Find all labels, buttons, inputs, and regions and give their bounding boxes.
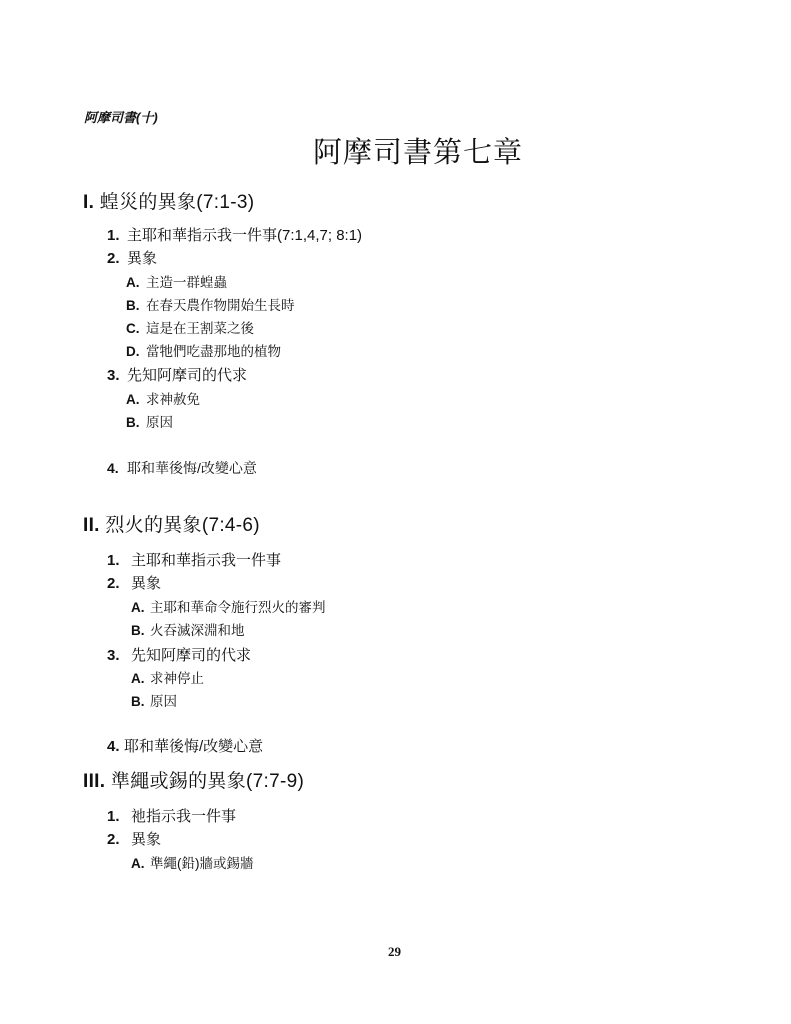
list-item: 4. 耶和華後悔/改變心意 — [107, 461, 257, 475]
item-marker: 1. — [107, 809, 131, 824]
sub-item: A. 求神停止 — [131, 672, 204, 686]
item-marker: 4. — [107, 461, 127, 475]
sub-marker: A. — [131, 672, 150, 686]
sub-item: B. 在春天農作物開始生長時 — [126, 299, 295, 313]
running-header: 阿摩司書(十) — [84, 111, 158, 124]
list-item: 4. 耶和華後悔/改變心意 — [107, 739, 263, 754]
sub-item: A. 求神赦免 — [126, 393, 200, 407]
item-text: 祂指示我一件事 — [131, 809, 236, 824]
sub-marker: B. — [126, 299, 146, 313]
list-item: 2. 異象 — [107, 832, 161, 847]
sub-marker: B. — [131, 624, 150, 638]
item-marker: 2. — [107, 251, 127, 266]
section-number: I. — [83, 192, 94, 213]
list-item: 1. 主耶和華指示我一件事(7:1,4,7; 8:1) — [107, 228, 362, 243]
item-marker: 4. — [107, 739, 124, 754]
sub-item: A. 主造一群蝗蟲 — [126, 276, 227, 290]
sub-text: 主造一群蝗蟲 — [146, 276, 227, 290]
item-text: 耶和華後悔/改變心意 — [127, 461, 257, 475]
sub-text: 原因 — [146, 416, 173, 430]
section-title: 蝗災的異象(7:1-3) — [100, 192, 255, 213]
item-marker: 3. — [107, 648, 131, 663]
item-text: 主耶和華指示我一件事 — [131, 553, 281, 568]
sub-text: 這是在王割菜之後 — [146, 322, 254, 336]
list-item: 1. 祂指示我一件事 — [107, 809, 236, 824]
sub-item: B. 原因 — [126, 416, 173, 430]
list-item: 2. 異象 — [107, 251, 157, 266]
sub-text: 求神赦免 — [146, 393, 200, 407]
item-text: 先知阿摩司的代求 — [131, 648, 251, 663]
sub-text: 在春天農作物開始生長時 — [146, 299, 295, 313]
item-marker: 3. — [107, 368, 127, 383]
section-title: 烈火的異象(7:4-6) — [105, 515, 260, 536]
sub-marker: A. — [131, 601, 150, 615]
list-item: 3. 先知阿摩司的代求 — [107, 648, 251, 663]
item-text: 耶和華後悔/改變心意 — [124, 739, 263, 754]
sub-marker: C. — [126, 322, 146, 336]
list-item: 2. 異象 — [107, 576, 161, 591]
section-heading-2: II. 烈火的異象(7:4-6) — [83, 516, 260, 535]
sub-item: B. 火吞滅深淵和地 — [131, 624, 245, 638]
section-heading-1: I. 蝗災的異象(7:1-3) — [83, 193, 254, 212]
sub-marker: A. — [126, 276, 146, 290]
sub-marker: B. — [126, 416, 146, 430]
list-item: 3. 先知阿摩司的代求 — [107, 368, 247, 383]
sub-item: B. 原因 — [131, 695, 177, 709]
sub-text: 求神停止 — [150, 672, 204, 686]
sub-marker: A. — [126, 393, 146, 407]
item-marker: 2. — [107, 832, 131, 847]
item-marker: 2. — [107, 576, 131, 591]
sub-text: 當牠們吃盡那地的植物 — [146, 345, 281, 359]
section-number: III. — [83, 771, 105, 792]
sub-item: D. 當牠們吃盡那地的植物 — [126, 345, 281, 359]
sub-item: A. 主耶和華命令施行烈火的審判 — [131, 601, 326, 615]
sub-text: 火吞滅深淵和地 — [150, 624, 245, 638]
sub-text: 準繩(鉛)牆或錫牆 — [150, 857, 254, 871]
section-title: 準繩或錫的異象(7:7-9) — [111, 771, 304, 792]
sub-marker: B. — [131, 695, 150, 709]
item-text: 先知阿摩司的代求 — [127, 368, 247, 383]
item-text: 異象 — [127, 251, 157, 266]
item-text: 異象 — [131, 832, 161, 847]
item-marker: 1. — [107, 228, 127, 243]
sub-item: C. 這是在王割菜之後 — [126, 322, 254, 336]
sub-marker: D. — [126, 345, 146, 359]
sub-text: 主耶和華命令施行烈火的審判 — [150, 601, 326, 615]
item-marker: 1. — [107, 553, 131, 568]
item-text: 異象 — [131, 576, 161, 591]
section-number: II. — [83, 515, 100, 536]
list-item: 1. 主耶和華指示我一件事 — [107, 553, 281, 568]
page-number: 29 — [388, 945, 401, 958]
sub-item: A. 準繩(鉛)牆或錫牆 — [131, 857, 254, 871]
sub-marker: A. — [131, 857, 150, 871]
sub-text: 原因 — [150, 695, 177, 709]
page-title: 阿摩司書第七章 — [313, 139, 523, 168]
section-heading-3: III. 準繩或錫的異象(7:7-9) — [83, 772, 304, 791]
item-text: 主耶和華指示我一件事(7:1,4,7; 8:1) — [127, 228, 362, 243]
